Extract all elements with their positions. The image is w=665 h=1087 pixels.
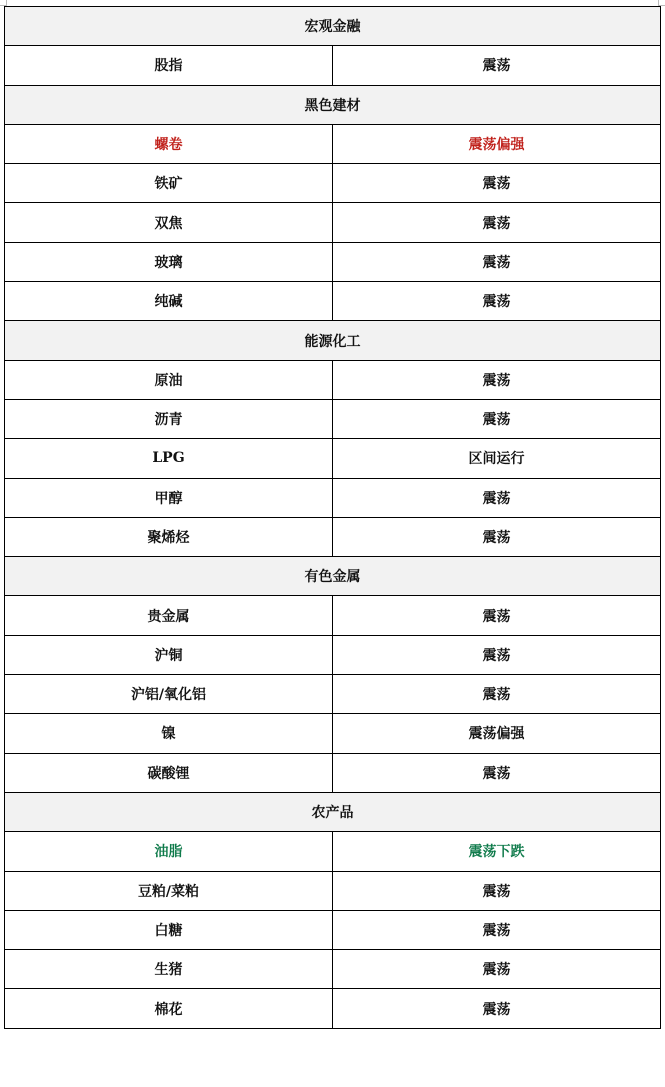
commodity-name: 股指 xyxy=(5,46,333,85)
commodity-name: 沪铜 xyxy=(5,635,333,674)
table-row: 股指 震荡 xyxy=(5,46,661,85)
table-row-highlight-up: 螺卷 震荡偏强 xyxy=(5,124,661,163)
commodity-name: 豆粕/菜粕 xyxy=(5,871,333,910)
trend-value: 震荡 xyxy=(333,282,661,321)
table-row: 原油 震荡 xyxy=(5,360,661,399)
commodity-name: 玻璃 xyxy=(5,242,333,281)
commodity-name: LPG xyxy=(5,439,333,478)
trend-value: 震荡 xyxy=(333,871,661,910)
trend-value: 震荡 xyxy=(333,950,661,989)
trend-value: 震荡 xyxy=(333,360,661,399)
commodity-name: 螺卷 xyxy=(5,124,333,163)
trend-value: 震荡 xyxy=(333,596,661,635)
category-label: 农产品 xyxy=(5,792,661,831)
trend-value: 震荡 xyxy=(333,242,661,281)
commodity-name: 沥青 xyxy=(5,399,333,438)
trend-value: 震荡下跌 xyxy=(333,832,661,871)
commodity-name: 聚烯烃 xyxy=(5,517,333,556)
commodity-name: 碳酸锂 xyxy=(5,753,333,792)
table-row: 白糖 震荡 xyxy=(5,910,661,949)
table-row: 贵金属 震荡 xyxy=(5,596,661,635)
table-row: 铁矿 震荡 xyxy=(5,164,661,203)
trend-value: 震荡 xyxy=(333,164,661,203)
category-label: 宏观金融 xyxy=(5,7,661,46)
trend-value: 区间运行 xyxy=(333,439,661,478)
commodity-name: 沪铝/氧化铝 xyxy=(5,675,333,714)
trend-value: 震荡 xyxy=(333,478,661,517)
commodity-name: 铁矿 xyxy=(5,164,333,203)
table-row: 沪铝/氧化铝 震荡 xyxy=(5,675,661,714)
table-row: LPG 区间运行 xyxy=(5,439,661,478)
commodity-name: 白糖 xyxy=(5,910,333,949)
trend-value: 震荡 xyxy=(333,203,661,242)
category-row-nonferrous-metals: 有色金属 xyxy=(5,557,661,596)
category-row-ferrous-building: 黑色建材 xyxy=(5,85,661,124)
table-row: 碳酸锂 震荡 xyxy=(5,753,661,792)
trend-value: 震荡偏强 xyxy=(333,714,661,753)
trend-value: 震荡 xyxy=(333,753,661,792)
commodity-name: 镍 xyxy=(5,714,333,753)
trend-value: 震荡 xyxy=(333,989,661,1028)
table-row: 聚烯烃 震荡 xyxy=(5,517,661,556)
table-row: 双焦 震荡 xyxy=(5,203,661,242)
trend-value: 震荡 xyxy=(333,675,661,714)
table-row: 沪铜 震荡 xyxy=(5,635,661,674)
category-label: 能源化工 xyxy=(5,321,661,360)
category-row-agricultural: 农产品 xyxy=(5,792,661,831)
trend-value: 震荡偏强 xyxy=(333,124,661,163)
category-label: 有色金属 xyxy=(5,557,661,596)
category-row-macro-finance: 宏观金融 xyxy=(5,7,661,46)
table-row: 纯碱 震荡 xyxy=(5,282,661,321)
table-row: 豆粕/菜粕 震荡 xyxy=(5,871,661,910)
table-row: 沥青 震荡 xyxy=(5,399,661,438)
commodity-name: 棉花 xyxy=(5,989,333,1028)
trend-value: 震荡 xyxy=(333,910,661,949)
commodity-name: 原油 xyxy=(5,360,333,399)
table-row: 镍 震荡偏强 xyxy=(5,714,661,753)
commodity-name: 甲醇 xyxy=(5,478,333,517)
category-row-energy-chemicals: 能源化工 xyxy=(5,321,661,360)
trend-value: 震荡 xyxy=(333,517,661,556)
trend-value: 震荡 xyxy=(333,635,661,674)
trend-value: 震荡 xyxy=(333,46,661,85)
commodity-name: 双焦 xyxy=(5,203,333,242)
commodity-name: 纯碱 xyxy=(5,282,333,321)
table-row: 甲醇 震荡 xyxy=(5,478,661,517)
commodity-name: 贵金属 xyxy=(5,596,333,635)
commodity-name: 生猪 xyxy=(5,950,333,989)
trend-value: 震荡 xyxy=(333,399,661,438)
commodity-outlook-table: 宏观金融 股指 震荡 黑色建材 螺卷 震荡偏强 铁矿 震荡 双焦 震荡 玻璃 震… xyxy=(4,6,661,1029)
category-label: 黑色建材 xyxy=(5,85,661,124)
commodity-name: 油脂 xyxy=(5,832,333,871)
table-row: 生猪 震荡 xyxy=(5,950,661,989)
table-row-highlight-down: 油脂 震荡下跌 xyxy=(5,832,661,871)
table-row: 棉花 震荡 xyxy=(5,989,661,1028)
table-row: 玻璃 震荡 xyxy=(5,242,661,281)
